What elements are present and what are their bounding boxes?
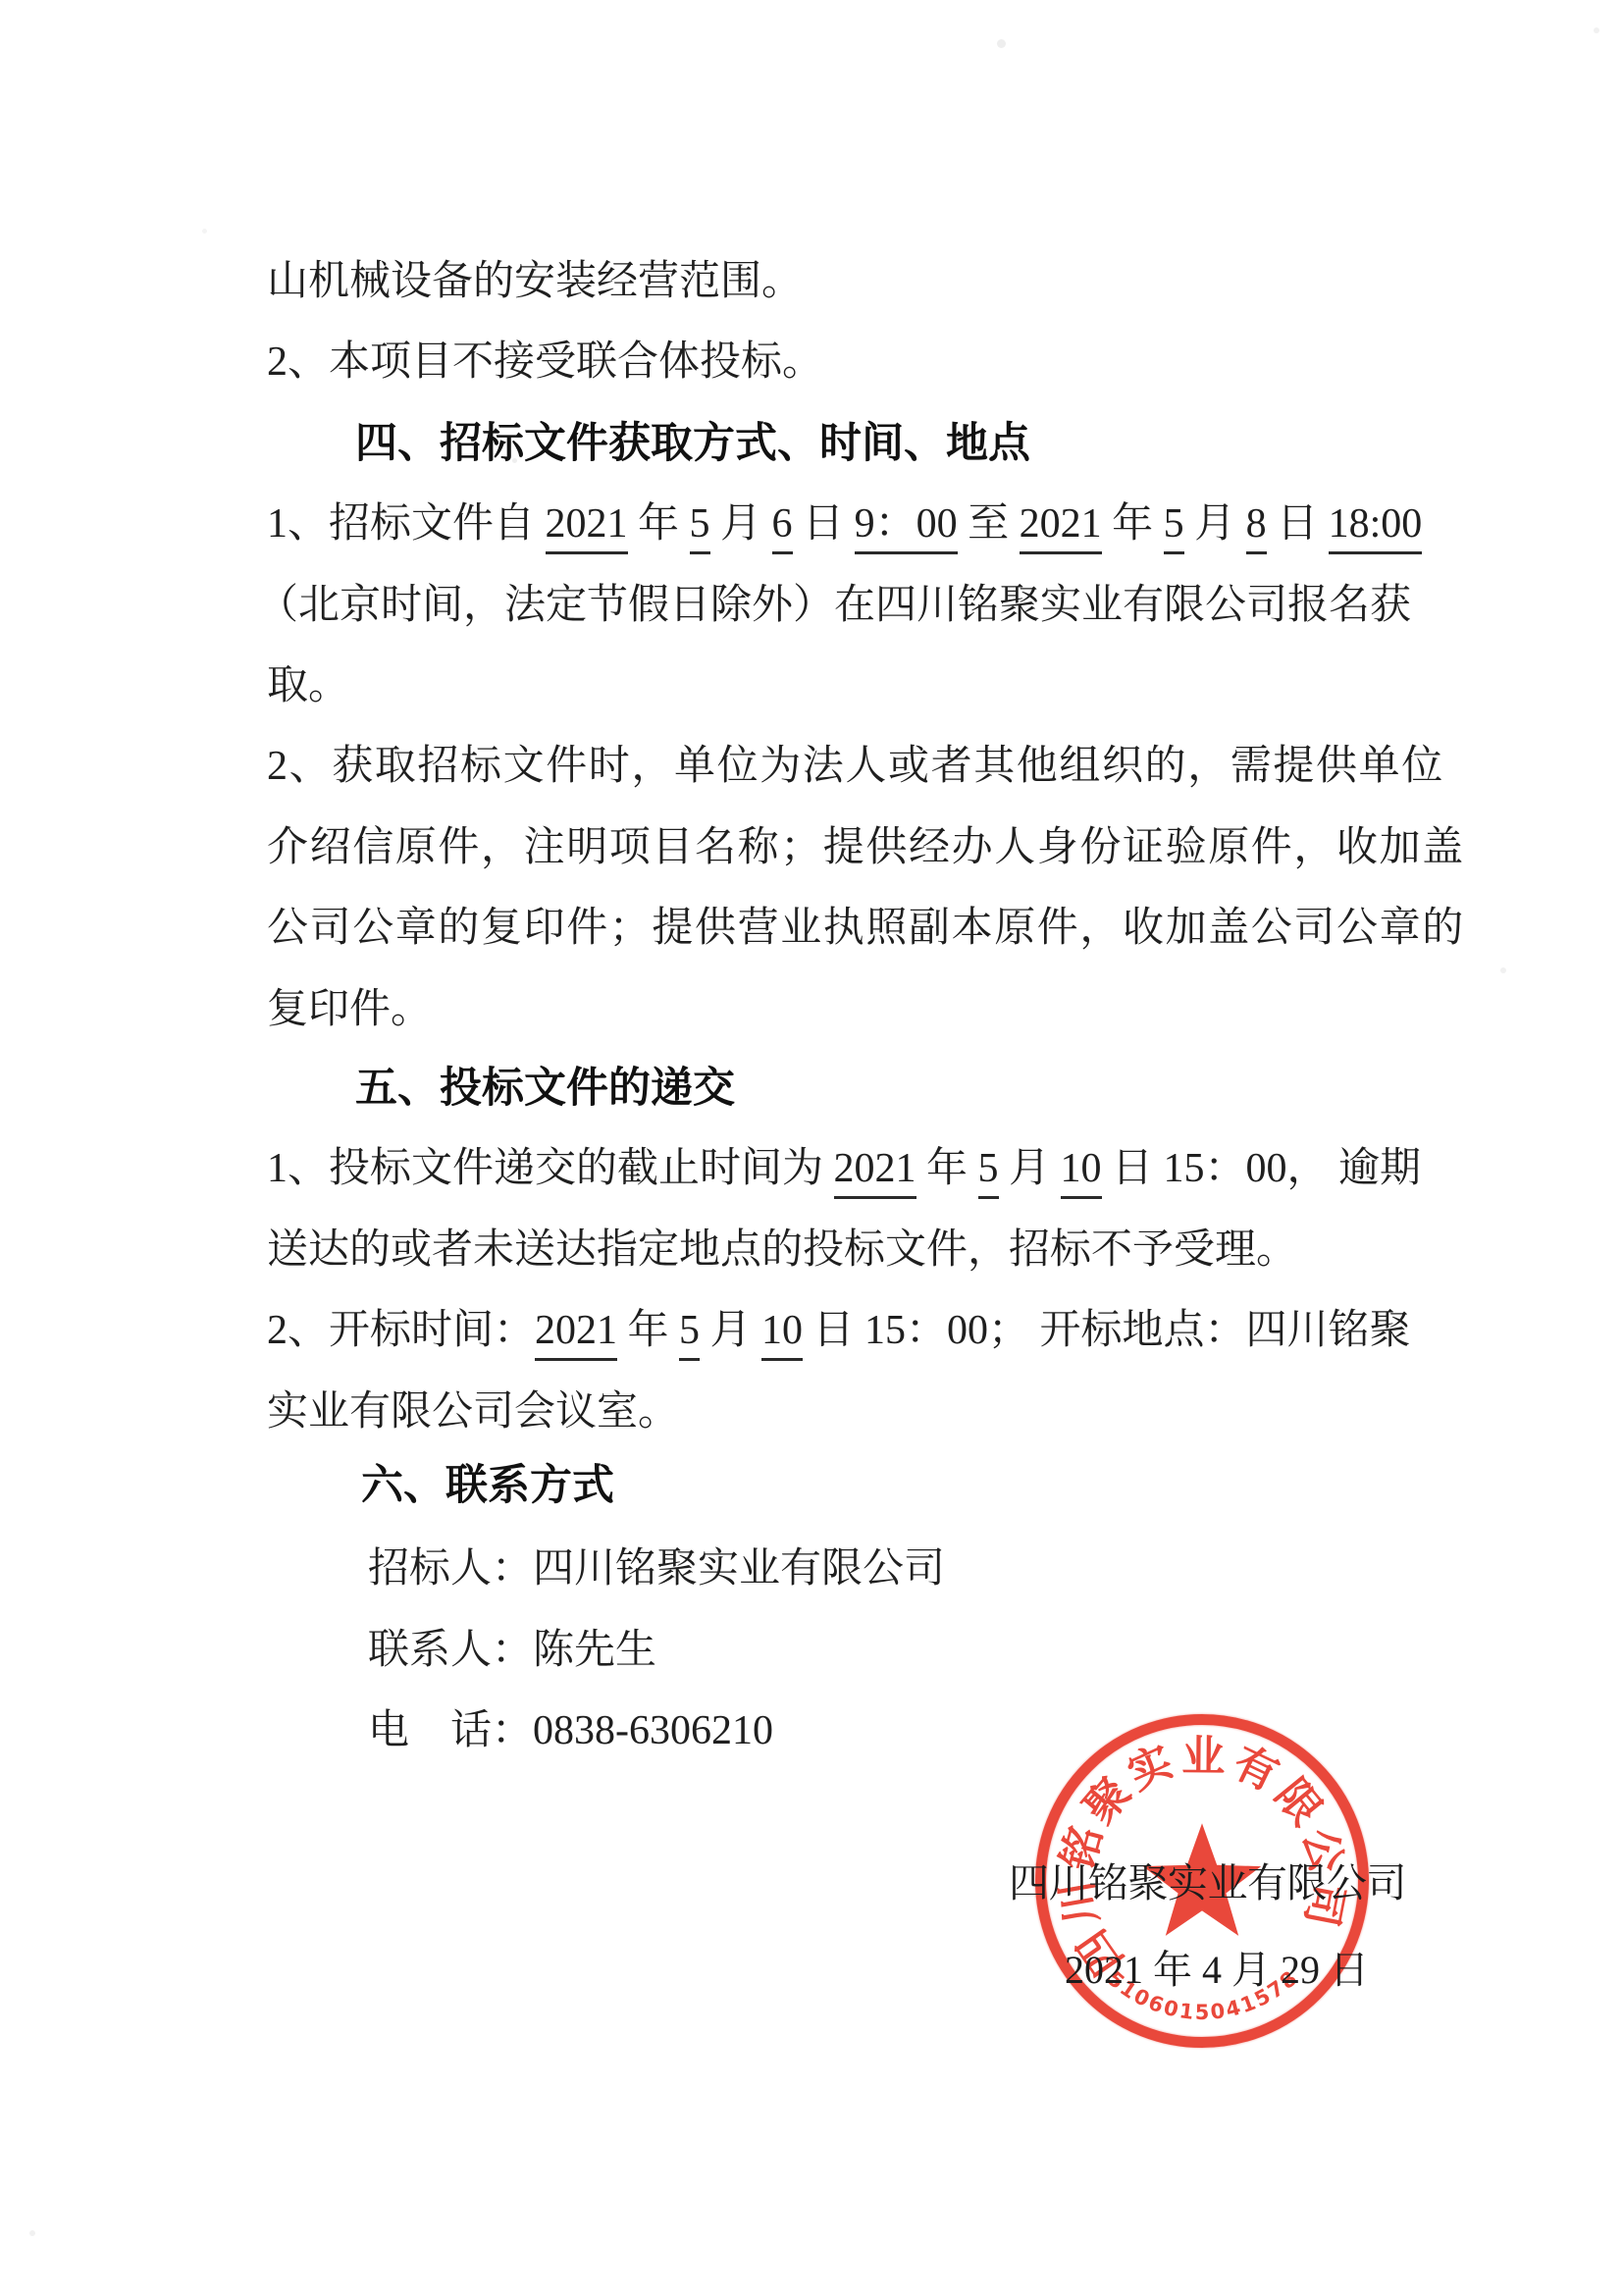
text-segment: 月	[999, 1146, 1061, 1191]
scan-speck	[997, 39, 1006, 48]
body-line-docs-req-3: 公司公章的复印件；提供营业执照副本原件，收加盖公司公章的	[267, 905, 1465, 952]
underlined-text: 2021	[834, 1146, 916, 1199]
signature-date: 2021 年 4 月 29 日	[1065, 1939, 1369, 1995]
underlined-text: 5	[679, 1308, 700, 1361]
body-line-docs-req-1: 2、获取招标文件时，单位为法人或者其他组织的，需提供单位	[267, 743, 1444, 790]
text-segment: 1、投标文件递交的截止时间为	[267, 1146, 834, 1191]
text-segment: 复印件。	[267, 987, 432, 1032]
body-line-docs-req-2: 介绍信原件，注明项目名称；提供经办人身份证验原件，收加盖	[267, 824, 1465, 871]
text-segment: 至	[958, 501, 1020, 547]
text-segment: 月	[710, 501, 772, 547]
scan-speck	[202, 229, 207, 234]
contact-line-tenderer: 招标人：四川铭聚实业有限公司	[368, 1545, 945, 1592]
text-segment: 送达的或者未送达指定地点的投标文件，招标不予受理。	[267, 1227, 1297, 1273]
text-segment: 联系人：陈先生	[368, 1628, 656, 1673]
text-segment: 电 话：0838-6306210	[368, 1708, 773, 1753]
text-segment: 介绍信原件，注明项目名称；提供经办人身份证验原件，收加盖	[267, 825, 1465, 870]
scan-speck	[512, 458, 517, 463]
body-line-no-consortium: 2、本项目不接受联合体投标。	[267, 339, 823, 386]
body-line-scope: 山机械设备的安装经营范围。	[267, 258, 803, 305]
underlined-text: 8	[1246, 501, 1267, 554]
text-segment: 六、联系方式	[361, 1463, 614, 1509]
text-segment: 2、本项目不接受联合体投标。	[267, 339, 823, 385]
text-segment: 日 15：00； 开标地点：四川铭聚	[803, 1308, 1411, 1353]
body-line-opening-1: 2、开标时间：2021 年 5 月 10 日 15：00； 开标地点：四川铭聚	[267, 1307, 1411, 1354]
text-segment: 实业有限公司会议室。	[267, 1389, 679, 1435]
underlined-text: 2021	[546, 501, 628, 554]
text-segment: 日	[793, 501, 855, 547]
body-line-obtain-place: （北京时间，法定节假日除外）在四川铭聚实业有限公司报名获	[257, 582, 1411, 629]
text-segment: （北京时间，法定节假日除外）在四川铭聚实业有限公司报名获	[257, 583, 1411, 628]
scan-speck	[1500, 967, 1506, 973]
underlined-text: 5	[1164, 501, 1184, 554]
text-segment: 四、招标文件获取方式、时间、地点	[355, 421, 1030, 467]
text-segment: 月	[1184, 501, 1246, 547]
text-segment: 年	[916, 1146, 978, 1191]
text-segment: 五、投标文件的递交	[355, 1066, 735, 1112]
heading-section-6: 六、联系方式	[361, 1462, 614, 1510]
underlined-text: 10	[1061, 1146, 1102, 1199]
text-segment: 年	[617, 1308, 679, 1353]
text-segment: 取。	[267, 663, 349, 708]
underlined-text: 18:00	[1329, 501, 1423, 554]
body-line-obtain-time: 1、招标文件自 2021 年 5 月 6 日 9：00 至 2021 年 5 月…	[267, 500, 1422, 548]
heading-section-4: 四、招标文件获取方式、时间、地点	[355, 420, 1030, 468]
contact-line-person: 联系人：陈先生	[368, 1627, 656, 1674]
underlined-text: 2021	[1020, 501, 1102, 554]
text-segment: 月	[700, 1308, 761, 1353]
scan-speck	[1594, 27, 1599, 33]
body-line-deadline-2: 送达的或者未送达指定地点的投标文件，招标不予受理。	[267, 1226, 1297, 1274]
underlined-text: 9：00	[855, 501, 958, 554]
body-line-opening-2: 实业有限公司会议室。	[267, 1388, 679, 1435]
text-segment: 日 15：00， 逾期	[1102, 1146, 1422, 1191]
underlined-text: 5	[690, 501, 710, 554]
text-segment: 1、招标文件自	[267, 501, 546, 547]
text-segment: 年	[628, 501, 690, 547]
text-segment: 2、开标时间：	[267, 1308, 535, 1353]
body-line-docs-req-4: 复印件。	[267, 986, 432, 1033]
scanned-tender-notice-page: 山机械设备的安装经营范围。2、本项目不接受联合体投标。四、招标文件获取方式、时间…	[0, 0, 1623, 2296]
underlined-text: 6	[772, 501, 793, 554]
underlined-text: 10	[761, 1308, 803, 1361]
contact-line-phone: 电 话：0838-6306210	[368, 1707, 773, 1754]
underlined-text: 2021	[535, 1308, 617, 1361]
text-segment: 日	[1267, 501, 1329, 547]
text-segment: 山机械设备的安装经营范围。	[267, 259, 803, 304]
text-segment: 招标人：四川铭聚实业有限公司	[368, 1546, 945, 1592]
text-segment: 2、获取招标文件时，单位为法人或者其他组织的，需提供单位	[267, 744, 1444, 789]
underlined-text: 5	[978, 1146, 999, 1199]
text-segment: 公司公章的复印件；提供营业执照副本原件，收加盖公司公章的	[267, 906, 1465, 951]
body-line-obtain-end: 取。	[267, 662, 349, 709]
signature-company: 四川铭聚实业有限公司	[1009, 1851, 1406, 1908]
text-segment: 年	[1102, 501, 1164, 547]
scan-speck	[29, 2230, 35, 2236]
body-line-deadline-1: 1、投标文件递交的截止时间为 2021 年 5 月 10 日 15：00， 逾期	[267, 1145, 1421, 1192]
heading-section-5: 五、投标文件的递交	[355, 1065, 735, 1113]
